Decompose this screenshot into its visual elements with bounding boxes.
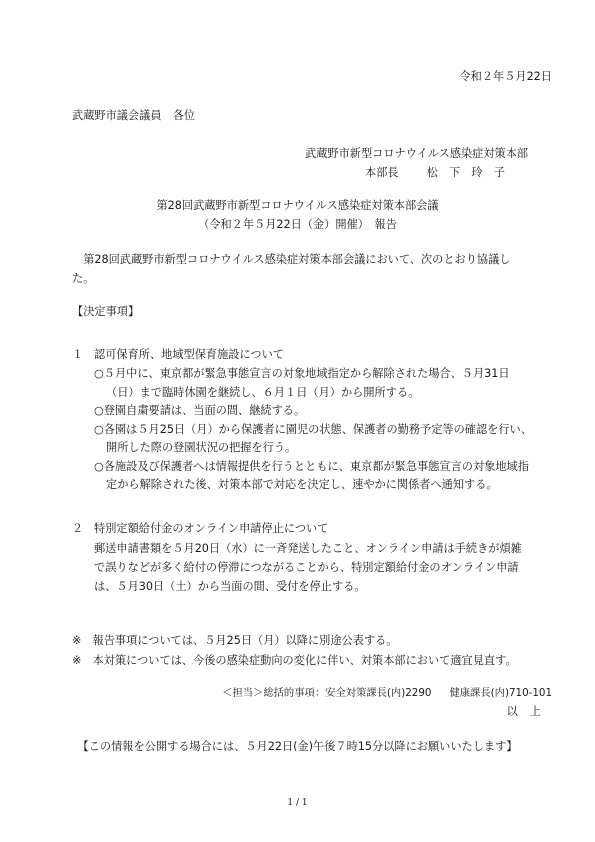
note-item: ※ 本対策については、今後の感染症動向の変化に伴い、対策本部において適宜見直す。: [72, 651, 517, 671]
bullet-item: ○５月中に、東京都が緊急事態宣言の対象地域指定から解除された場合、５月31日（日…: [94, 365, 534, 402]
decision-item-1: １ 認可保育所、地域型保育施設について ○５月中に、東京都が緊急事態宣言の対象地…: [72, 346, 542, 506]
contact-info: ＜担当＞総括的事項：安全対策課長(内)2290健康課長(内)710-101: [222, 688, 552, 698]
bullet-item: ○登園自粛要請は、当面の間、継続する。: [94, 402, 534, 421]
page-number: 1 / 1: [0, 799, 595, 808]
decisions-heading: 【決定事項】: [72, 306, 139, 317]
end-mark: 以上: [507, 706, 541, 717]
bullet-list: ○５月中に、東京都が緊急事態宣言の対象地域指定から解除された場合、５月31日（日…: [94, 365, 534, 495]
item-body: 郵送申請書類を５月20日（水）に一斉発送したこと、オンライン申請は手続きが煩雑で…: [94, 539, 532, 596]
note-item: ※ 報告事項については、５月25日（月）以降に別途公表する。: [72, 631, 517, 651]
publish-notice: 【この情報を公開する場合には、５月22日(金)午後７時15分以降にお願いいたしま…: [0, 741, 595, 752]
bullet-item: ○各園は５月25日（月）から保護者に園児の状態、保護者の勤務予定等の確認を行い、…: [94, 421, 534, 458]
document-subtitle: （令和２年５月22日（金）開催） 報告: [0, 219, 595, 230]
item-number: ２: [72, 520, 83, 536]
decision-item-2: ２ 特別定額給付金のオンライン申請停止について 郵送申請書類を５月20日（水）に…: [72, 520, 542, 600]
contact-health: 健康課長(内)710-101: [449, 687, 552, 699]
sender-organization: 武蔵野市新型コロナウイルス感染症対策本部: [305, 148, 528, 159]
document-date: 令和２年５月22日: [459, 71, 552, 82]
sender-signature: 本部長松 下 玲 子: [365, 167, 505, 178]
item-title: 特別定額給付金のオンライン申請停止について: [94, 520, 328, 536]
bullet-item: ○各施設及び保護者へは情報提供を行うとともに、東京都が緊急事態宣言の対象地域指定…: [94, 458, 534, 495]
contact-general: ＜担当＞総括的事項：安全対策課長(内)2290: [222, 687, 431, 699]
document-title: 第28回武蔵野市新型コロナウイルス感染症対策本部会議: [0, 200, 595, 211]
notes: ※ 報告事項については、５月25日（月）以降に別途公表する。 ※ 本対策について…: [72, 631, 517, 670]
sender-position: 本部長: [365, 166, 399, 179]
item-number: １: [72, 346, 83, 362]
addressee: 武蔵野市議会議員 各位: [72, 110, 195, 121]
sender-name: 松 下 玲 子: [427, 166, 505, 179]
intro-paragraph: 第28回武蔵野市新型コロナウイルス感染症対策本部会議において、次のとおり協議した…: [72, 250, 532, 288]
item-title: 認可保育所、地域型保育施設について: [94, 346, 284, 362]
